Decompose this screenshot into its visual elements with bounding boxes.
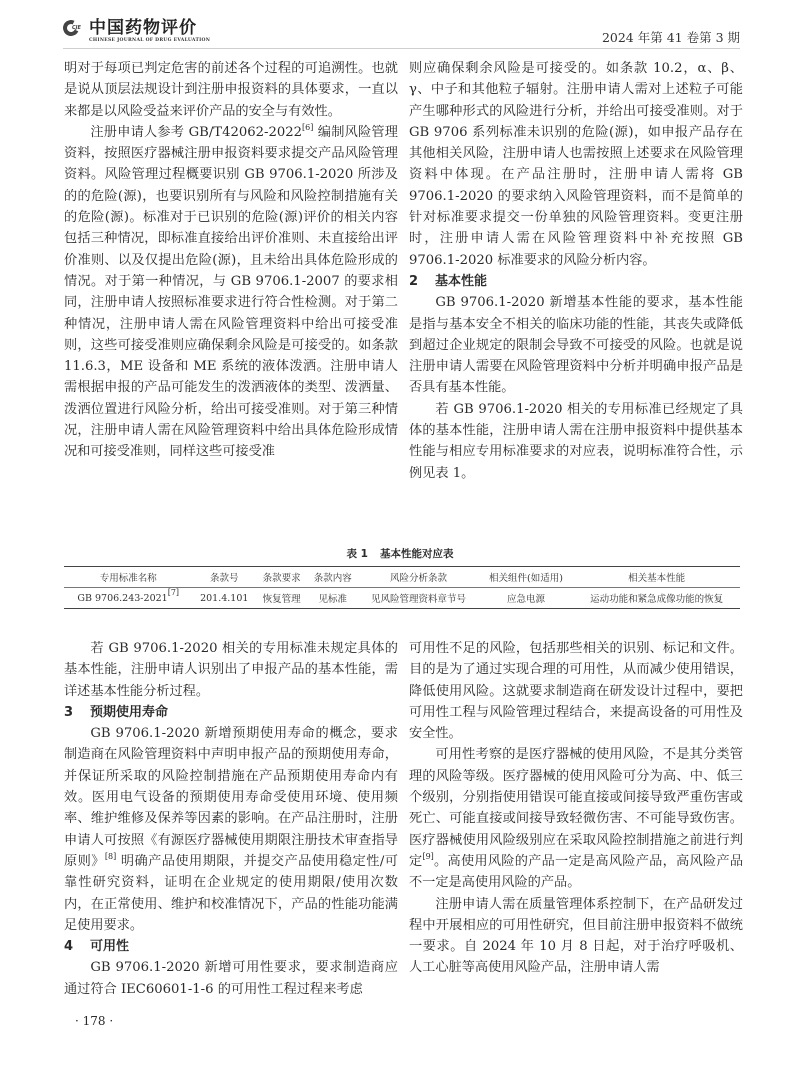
column-header: 专用标准名称	[64, 567, 192, 588]
section-heading-2: 2基本性能	[409, 271, 743, 292]
table-cell: 见风险管理资料章节号	[358, 588, 478, 609]
journal-logo: CJE 中国药物评价 CHINESE JOURNAL OF DRUG EVALU…	[63, 20, 210, 43]
right-column-top: 则应确保剩余风险是可接受的。如条款 10.2，α、β、γ、中子和其他粒子辐射。注…	[409, 58, 743, 484]
journal-title-cn: 中国药物评价	[89, 20, 210, 37]
table-cell: GB 9706.243-2021[7]	[64, 588, 192, 609]
section-heading-4: 4可用性	[64, 936, 398, 957]
column-header: 条款要求	[256, 567, 307, 588]
essential-performance-table: 专用标准名称 条款号 条款要求 条款内容 风险分析条款 相关组件(如适用) 相关…	[64, 566, 740, 609]
paragraph: 可用性不足的风险，包括那些相关的识别、标记和文件。目的是为了通过实现合理的可用性…	[409, 638, 743, 744]
citation-ref: [8]	[105, 852, 116, 861]
left-column-bottom: 若 GB 9706.1-2020 相关的专用标准未规定具体的基本性能，注册申请人…	[64, 638, 398, 1000]
paragraph: GB 9706.1-2020 新增预期使用寿命的概念，要求制造商在风险管理资料中…	[64, 723, 398, 936]
table-label: 表 1	[347, 548, 368, 560]
paragraph: 注册申请人参考 GB/T42062-2022[6] 编制风险管理资料，按照医疗器…	[64, 122, 398, 463]
left-column-top: 明对于每项已判定危害的前述各个过程的可追溯性。也就是说从顶层法规设计到注册申报资…	[64, 58, 398, 463]
paragraph: 可用性考察的是医疗器械的使用风险，不是其分类管理的风险等级。医疗器械的使用风险可…	[409, 744, 743, 893]
table-title: 基本性能对应表	[380, 548, 454, 560]
column-header: 条款号	[192, 567, 256, 588]
issue-info: 2024 年第 41 卷第 3 期	[602, 28, 740, 46]
paragraph: 明对于每项已判定危害的前述各个过程的可追溯性。也就是说从顶层法规设计到注册申报资…	[64, 58, 398, 122]
column-header: 风险分析条款	[358, 567, 478, 588]
table-cell: 应急电源	[479, 588, 574, 609]
table-cell: 见标准	[307, 588, 358, 609]
paragraph: 则应确保剩余风险是可接受的。如条款 10.2，α、β、γ、中子和其他粒子辐射。注…	[409, 58, 743, 271]
journal-logo-icon: CJE	[63, 20, 85, 38]
section-heading-3: 3预期使用寿命	[64, 702, 398, 723]
table-cell: 201.4.101	[192, 588, 256, 609]
table-cell: 恢复管理	[256, 588, 307, 609]
right-column-bottom: 可用性不足的风险，包括那些相关的识别、标记和文件。目的是为了通过实现合理的可用性…	[409, 638, 743, 979]
column-header: 相关组件(如适用)	[479, 567, 574, 588]
table-header-row: 专用标准名称 条款号 条款要求 条款内容 风险分析条款 相关组件(如适用) 相关…	[64, 567, 740, 588]
table-caption: 表 1基本性能对应表	[0, 546, 800, 561]
paragraph: GB 9706.1-2020 新增可用性要求，要求制造商应通过符合 IEC606…	[64, 957, 398, 1000]
paragraph: 注册申请人需在质量管理体系控制下，在产品研发过程中开展相应的可用性研究，但目前注…	[409, 894, 743, 979]
table-cell: 运动功能和紧急成像功能的恢复	[573, 588, 740, 609]
paragraph: 若 GB 9706.1-2020 相关的专用标准未规定具体的基本性能，注册申请人…	[64, 638, 398, 702]
column-header: 相关基本性能	[573, 567, 740, 588]
column-header: 条款内容	[307, 567, 358, 588]
citation-ref: [6]	[302, 123, 313, 132]
paragraph: GB 9706.1-2020 新增基本性能的要求，基本性能是指与基本安全不相关的…	[409, 292, 743, 398]
table-row: GB 9706.243-2021[7] 201.4.101 恢复管理 见标准 见…	[64, 588, 740, 609]
journal-title-en: CHINESE JOURNAL OF DRUG EVALUATION	[89, 38, 210, 43]
page-header: CJE 中国药物评价 CHINESE JOURNAL OF DRUG EVALU…	[63, 18, 740, 49]
page-number: · 178 ·	[75, 1014, 113, 1028]
citation-ref: [9]	[422, 852, 433, 861]
paragraph: 若 GB 9706.1-2020 相关的专用标准已经规定了具体的基本性能，注册申…	[409, 399, 743, 484]
